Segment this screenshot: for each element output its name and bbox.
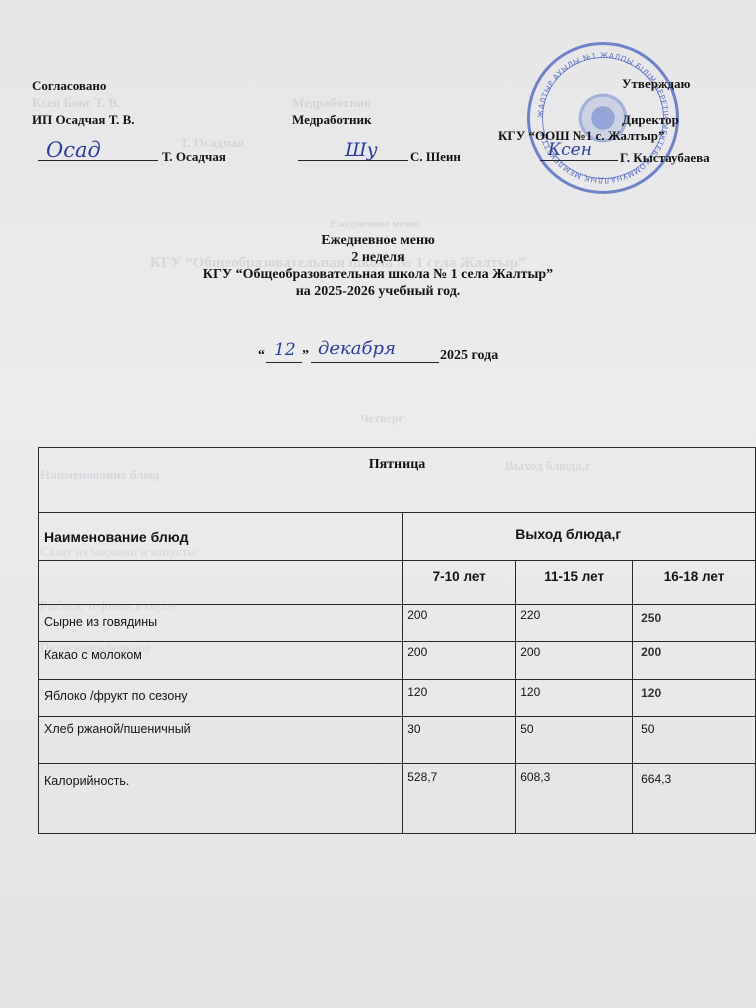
document-week: 2 неделя: [0, 250, 756, 266]
age-group-16-18: 16-18 лет: [633, 561, 756, 605]
table-row-header: Наименование блюд Выход блюда,г: [39, 513, 756, 561]
dish-name: Яблоко /фрукт по сезону: [39, 680, 403, 717]
table-row-age-groups: 7-10 лет 11-15 лет 16-18 лет: [39, 561, 756, 605]
date-month-line: [311, 362, 439, 363]
signer-name-left: Т. Осадчая: [162, 149, 226, 165]
document-page: Ксен Бовс Т. В. Медработник Т. Осадчая Е…: [0, 0, 756, 1008]
age-header-empty: [39, 561, 403, 605]
dish-yield-16-18: 200: [633, 642, 756, 680]
dish-yield-16-18: 50: [633, 717, 756, 764]
date-day-line: [266, 362, 302, 363]
dish-yield-11-15: 220: [516, 605, 633, 642]
bleed-through-text: Ежедневное меню: [330, 218, 419, 230]
age-group-7-10: 7-10 лет: [403, 561, 516, 605]
document-school: КГУ “Общеобразовательная школа № 1 села …: [0, 267, 756, 283]
bleed-through-text: Ксен Бовс Т. В.: [32, 95, 120, 111]
signer-name-right: Г. Кыстаубаева: [620, 150, 710, 166]
table-row: Какао с молоком 200 200 200: [39, 642, 756, 680]
age-group-11-15: 11-15 лет: [516, 561, 633, 605]
dish-yield-7-10: 200: [403, 642, 516, 680]
dish-name: Хлеб ржаной/пшеничный: [39, 717, 403, 764]
signature-shein: Шу: [345, 139, 378, 161]
date-month-handwritten: декабря: [318, 338, 396, 359]
dish-name: Сырне из говядины: [39, 605, 403, 642]
table-row: Сырне из говядины 200 220 250: [39, 605, 756, 642]
bleed-through-text: Четверг: [360, 411, 404, 426]
dish-yield-7-10: 120: [403, 680, 516, 717]
director-role: Директор: [622, 112, 679, 128]
approver-organization: ИП Осадчая Т. В.: [32, 112, 135, 128]
document-title: Ежедневное меню: [0, 233, 756, 249]
dish-yield-11-15: 200: [516, 642, 633, 680]
date-day-handwritten: 12: [274, 340, 296, 360]
table-row-day: Пятница: [39, 448, 756, 513]
bleed-through-text: Медработник: [292, 95, 372, 111]
calories-7-10: 528,7: [403, 764, 516, 834]
signer-name-middle: С. Шеин: [410, 149, 461, 165]
approve-heading: Утверждаю: [622, 76, 690, 92]
menu-table: Пятница Наименование блюд Выход блюда,г …: [38, 447, 756, 834]
dish-yield-16-18: 250: [633, 605, 756, 642]
signature-osadchaya: Осад: [46, 138, 101, 162]
table-row: Яблоко /фрукт по сезону 120 120 120: [39, 680, 756, 717]
document-year: на 2025-2026 учебный год.: [0, 284, 756, 300]
date-close-quote: ”: [302, 348, 309, 364]
date-year: 2025 года: [440, 348, 498, 364]
medic-role: Медработник: [292, 112, 372, 128]
column-header-dish: Наименование блюд: [39, 513, 403, 561]
dish-yield-7-10: 30: [403, 717, 516, 764]
column-header-yield: Выход блюда,г: [403, 513, 756, 561]
dish-yield-7-10: 200: [403, 605, 516, 642]
signature-line: [540, 160, 618, 161]
dish-name: Какао с молоком: [39, 642, 403, 680]
dish-yield-11-15: 120: [516, 680, 633, 717]
dish-yield-16-18: 120: [633, 680, 756, 717]
calories-11-15: 608,3: [516, 764, 633, 834]
day-heading: Пятница: [39, 448, 756, 513]
calories-16-18: 664,3: [633, 764, 756, 834]
date-open-quote: “: [258, 348, 265, 364]
dish-yield-11-15: 50: [516, 717, 633, 764]
calories-label: Калорийность.: [39, 764, 403, 834]
signature-director: Ксен: [548, 140, 592, 160]
table-row-calories: Калорийность. 528,7 608,3 664,3: [39, 764, 756, 834]
approved-heading: Согласовано: [32, 78, 106, 94]
table-row: Хлеб ржаной/пшеничный 30 50 50: [39, 717, 756, 764]
